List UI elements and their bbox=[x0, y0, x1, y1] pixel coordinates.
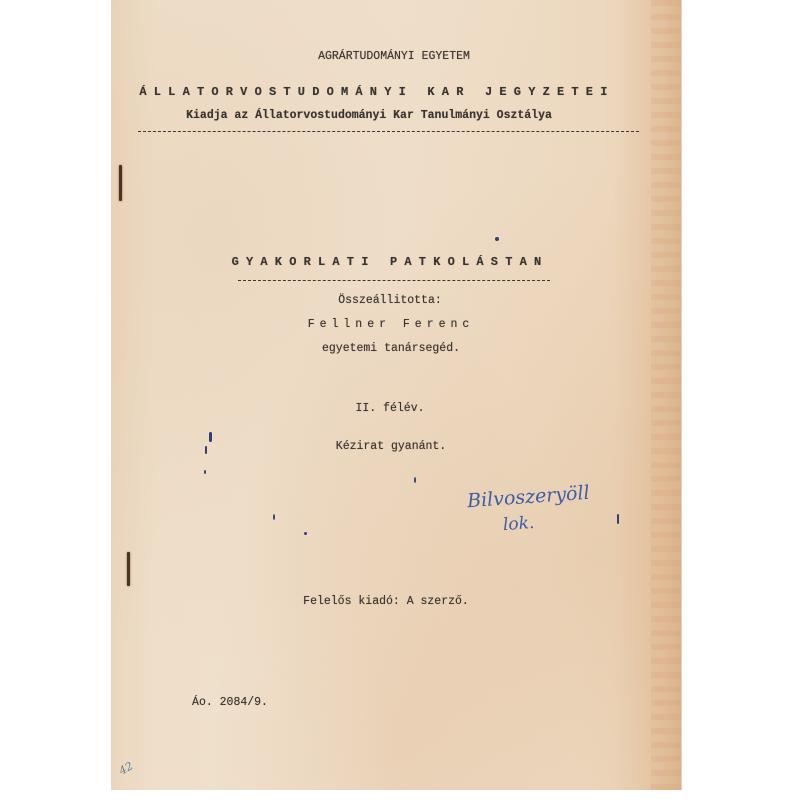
publisher-line: Kiadja az Állatorvostudományi Kar Tanulm… bbox=[186, 109, 552, 122]
ink-speck bbox=[414, 477, 416, 483]
binding-staple-mark-bottom bbox=[127, 552, 130, 586]
corner-pencil-mark: 42 bbox=[117, 759, 136, 777]
ink-speck bbox=[304, 532, 307, 535]
author-position: egyetemi tanársegéd. bbox=[322, 342, 460, 355]
ink-speck bbox=[273, 514, 275, 520]
ink-speck bbox=[495, 237, 499, 241]
document-title: GYAKORLATI PATKOLÁSTAN bbox=[232, 255, 549, 269]
university-name: AGRÁRTUDOMÁNYI EGYETEM bbox=[318, 50, 470, 63]
manuscript-note: Kézirat gyanánt. bbox=[336, 440, 446, 453]
ink-speck bbox=[617, 514, 619, 524]
ink-speck bbox=[204, 470, 206, 474]
ink-speck bbox=[205, 446, 207, 454]
scanned-document-page: AGRÁRTUDOMÁNYI EGYETEM ÁLLATORVOSTUDOMÁN… bbox=[111, 0, 681, 790]
semester-label: II. félév. bbox=[355, 402, 424, 415]
faculty-series-title: ÁLLATORVOSTUDOMÁNYI KAR JEGYZETEI bbox=[139, 85, 614, 99]
handwritten-annotation: Bilvoszeryöll bbox=[466, 482, 590, 513]
header-dashed-rule bbox=[138, 131, 639, 132]
author-name: Fellner Ferenc bbox=[308, 318, 475, 331]
ink-speck bbox=[209, 432, 212, 442]
title-dashed-rule bbox=[238, 280, 550, 281]
binding-staple-mark-top bbox=[119, 165, 122, 201]
handwritten-annotation-line2: lok. bbox=[502, 513, 535, 535]
responsible-publisher: Felelős kiadó: A szerző. bbox=[303, 595, 469, 608]
compiled-by-label: Összeállitotta: bbox=[338, 294, 442, 307]
reference-number: Áo. 2084/9. bbox=[192, 696, 268, 709]
